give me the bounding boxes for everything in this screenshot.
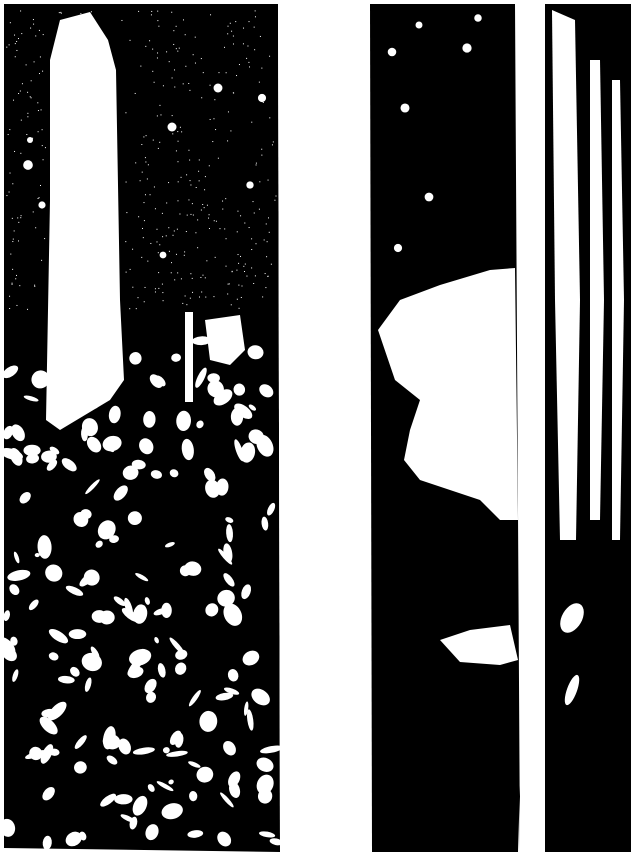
left-panel xyxy=(0,4,284,852)
right-panel xyxy=(370,4,631,852)
photograph xyxy=(0,0,631,852)
